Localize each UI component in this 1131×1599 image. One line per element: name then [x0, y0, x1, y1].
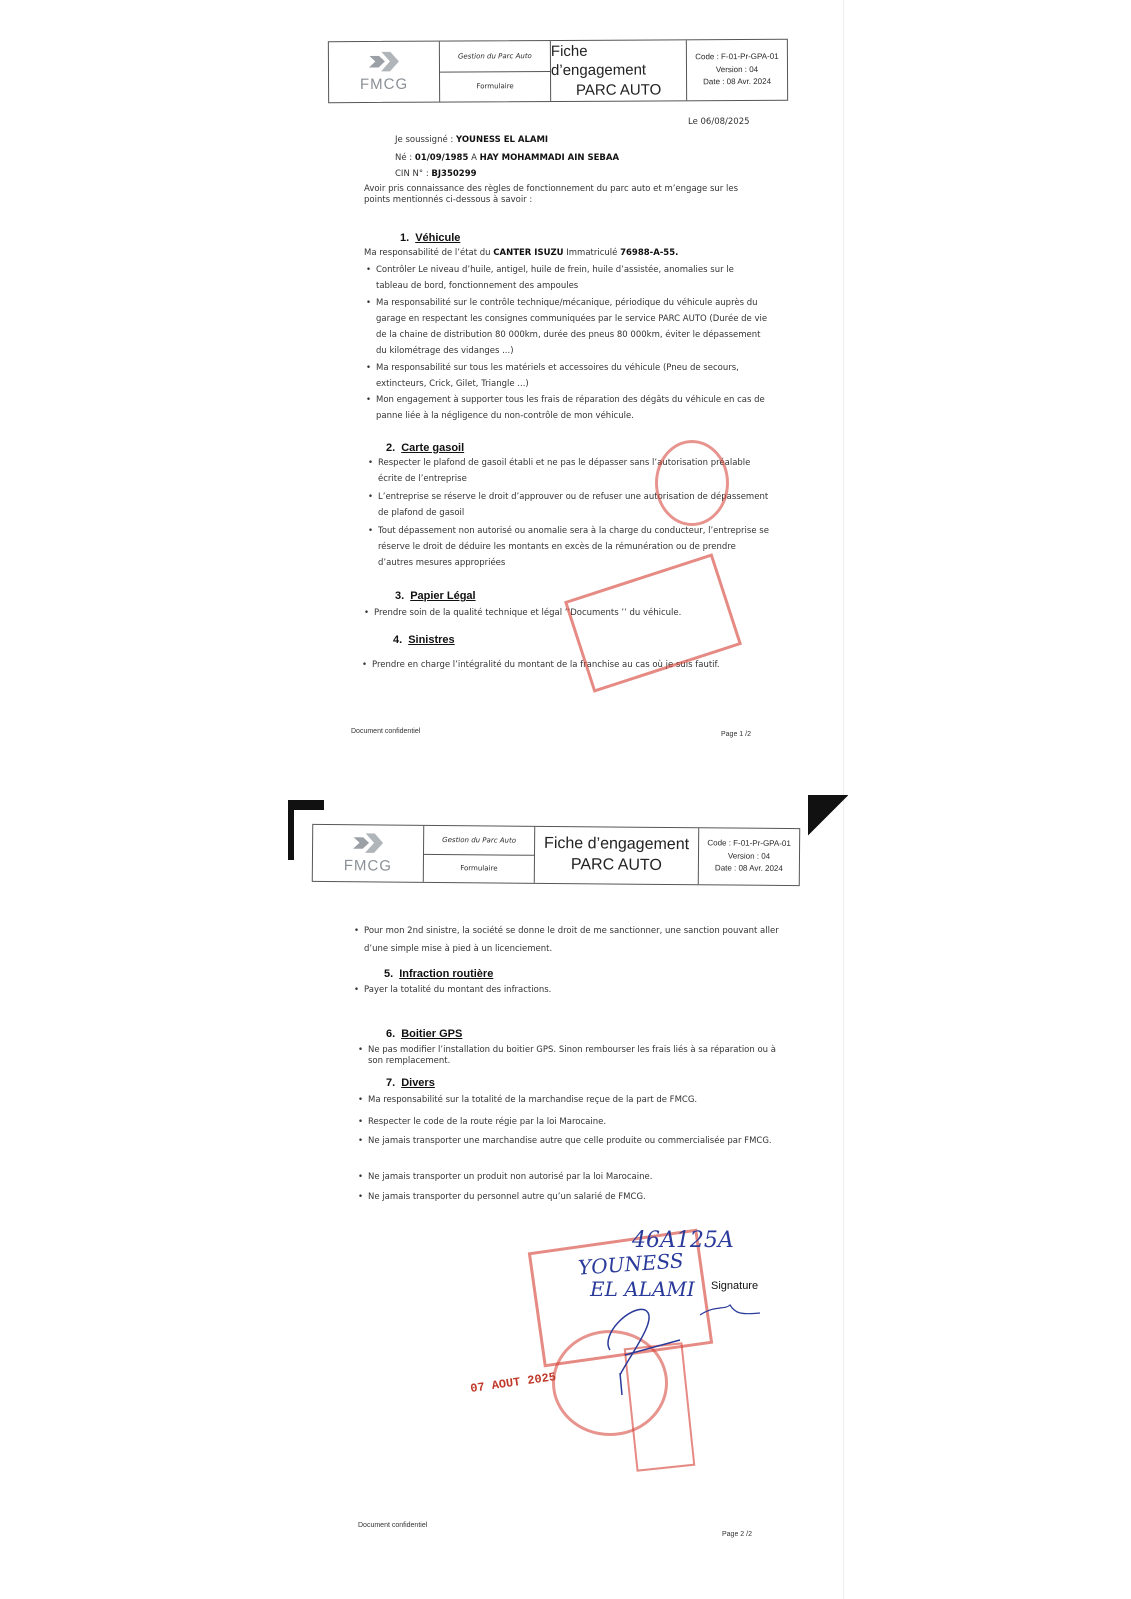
- title-line-1: Fiche d’engagement: [544, 834, 689, 856]
- signature-label: Signature: [711, 1280, 758, 1292]
- section-6-title: 6.Boitier GPS: [386, 1028, 462, 1040]
- list-item: Contrôler Le niveau d’huile, antigel, hu…: [364, 262, 768, 294]
- scan-corner: [808, 795, 848, 855]
- vehicle-model: CANTER ISUZU: [493, 248, 563, 258]
- title-line-2: PARC AUTO: [576, 80, 661, 100]
- birth-line: Né : 01/09/1985 A HAY MOHAMMADI AIN SEBA…: [395, 150, 619, 166]
- list-item: Payer la totalité du montant des infract…: [352, 982, 782, 998]
- document-header-page-1: FMCG Gestion du Parc Auto Formulaire Fic…: [328, 39, 788, 103]
- fmcg-logo-icon: [369, 51, 399, 73]
- section-title: Véhicule: [415, 232, 460, 244]
- section-num: 5.: [384, 968, 393, 980]
- department: Gestion du Parc Auto: [440, 41, 550, 72]
- section-title: Sinistres: [408, 634, 454, 646]
- company-name: FMCG: [344, 857, 392, 874]
- birth-label: Né :: [395, 153, 412, 163]
- section-4-title: 4.Sinistres: [393, 634, 455, 646]
- section-title: Papier Légal: [410, 590, 475, 602]
- list-item: Respecter le code de la route régie par …: [356, 1114, 782, 1130]
- soussigne-line: Je soussigné : YOUNESS EL ALAMI: [395, 132, 548, 148]
- birth-date: 01/09/1985: [415, 153, 469, 163]
- section-3-title: 3.Papier Légal: [395, 590, 476, 602]
- vehicle-lead-pre: Ma responsabilité de l’état du: [364, 248, 491, 258]
- birth-a: A: [471, 153, 477, 163]
- company-name: FMCG: [360, 75, 408, 92]
- vehicle-plate: 76988-A-55.: [620, 248, 678, 258]
- header-department-cell: Gestion du Parc Auto Formulaire: [440, 41, 551, 102]
- section-num: 3.: [395, 590, 404, 602]
- document-meta: Code : F-01-Pr-GPA-01 Version : 04 Date …: [687, 40, 787, 101]
- section-num: 6.: [386, 1028, 395, 1040]
- doc-date: Date : 08 Avr. 2024: [715, 863, 783, 876]
- title-line-1: Fiche d’engagement: [551, 41, 686, 81]
- section-num: 1.: [400, 232, 409, 244]
- header-department-cell: Gestion du Parc Auto Formulaire: [424, 826, 535, 883]
- section-title: Divers: [401, 1077, 435, 1089]
- list-item: Ma responsabilité sur le contrôle techni…: [364, 295, 768, 359]
- department: Gestion du Parc Auto: [424, 826, 534, 855]
- list-item: Ne jamais transporter un produit non aut…: [356, 1169, 782, 1185]
- document-title: Fiche d’engagement PARC AUTO: [551, 40, 687, 101]
- section-num: 2.: [386, 442, 395, 454]
- section-1-title: 1.Véhicule: [400, 232, 460, 244]
- section-title: Boitier GPS: [401, 1028, 462, 1040]
- list-item: Ne jamais transporter du personnel autre…: [356, 1189, 782, 1205]
- soussigne-label: Je soussigné :: [395, 135, 453, 145]
- handwritten-id: 46A125A: [632, 1228, 734, 1253]
- list-item: Mon engagement à supporter tous les frai…: [364, 392, 768, 424]
- fmcg-logo: FMCG: [313, 825, 424, 882]
- doc-code: Code : F-01-Pr-GPA-01: [707, 837, 791, 851]
- doc-type: Formulaire: [424, 854, 534, 882]
- cin-line: CIN N° : BJ350299: [395, 166, 477, 182]
- list-item: Ne jamais transporter une marchandise au…: [356, 1136, 782, 1147]
- cin-label: CIN N° :: [395, 169, 429, 179]
- section-7-title: 7.Divers: [386, 1077, 435, 1089]
- list-item: Prendre en charge l’intégralité du monta…: [360, 657, 772, 673]
- document-title: Fiche d’engagement PARC AUTO: [535, 827, 699, 884]
- fmcg-logo-icon: [353, 833, 383, 855]
- list-item: Pour mon 2nd sinistre, la société se don…: [352, 922, 782, 958]
- intro-paragraph: Avoir pris connaissance des règles de fo…: [364, 184, 756, 206]
- doc-type: Formulaire: [440, 72, 550, 102]
- section-title: Carte gasoil: [401, 442, 464, 454]
- doc-version: Version : 04: [716, 64, 758, 77]
- footer-confidential: Document confidentiel: [358, 1522, 427, 1529]
- vehicle-lead-mid: Immatriculé: [566, 248, 617, 258]
- employee-name: YOUNESS EL ALAMI: [456, 135, 548, 145]
- title-line-2: PARC AUTO: [571, 855, 662, 877]
- doc-code: Code : F-01-Pr-GPA-01: [695, 51, 779, 64]
- list-item: Ma responsabilité sur tous les matériels…: [364, 360, 768, 392]
- fmcg-logo: FMCG: [329, 42, 440, 103]
- page-number: Page 2 /2: [722, 1531, 752, 1538]
- footer-confidential: Document confidentiel: [351, 728, 420, 735]
- section-num: 7.: [386, 1077, 395, 1089]
- section-5-title: 5.Infraction routière: [384, 968, 493, 980]
- list-item: Ma responsabilité sur la totalité de la …: [356, 1092, 782, 1108]
- doc-date: Date : 08 Avr. 2024: [703, 76, 771, 89]
- document-meta: Code : F-01-Pr-GPA-01 Version : 04 Date …: [699, 828, 799, 885]
- section-2-title: 2.Carte gasoil: [386, 442, 464, 454]
- cin-value: BJ350299: [431, 169, 476, 179]
- section-title: Infraction routière: [399, 968, 493, 980]
- page-number: Page 1 /2: [721, 731, 751, 738]
- birth-place: HAY MOHAMMADI AIN SEBAA: [480, 153, 619, 163]
- list-item: Ne pas modifier l’installation du boitie…: [356, 1045, 782, 1067]
- document-date: Le 06/08/2025: [688, 114, 750, 130]
- section-num: 4.: [393, 634, 402, 646]
- doc-version: Version : 04: [728, 850, 770, 863]
- vehicle-lead: Ma responsabilité de l’état du CANTER IS…: [364, 245, 678, 261]
- document-header-page-2: FMCG Gestion du Parc Auto Formulaire Fic…: [312, 824, 800, 886]
- date-stamp: 07 AOUT 2025: [469, 1370, 557, 1396]
- company-round-stamp: [655, 440, 729, 526]
- signature-scribble-icon: [590, 1295, 770, 1415]
